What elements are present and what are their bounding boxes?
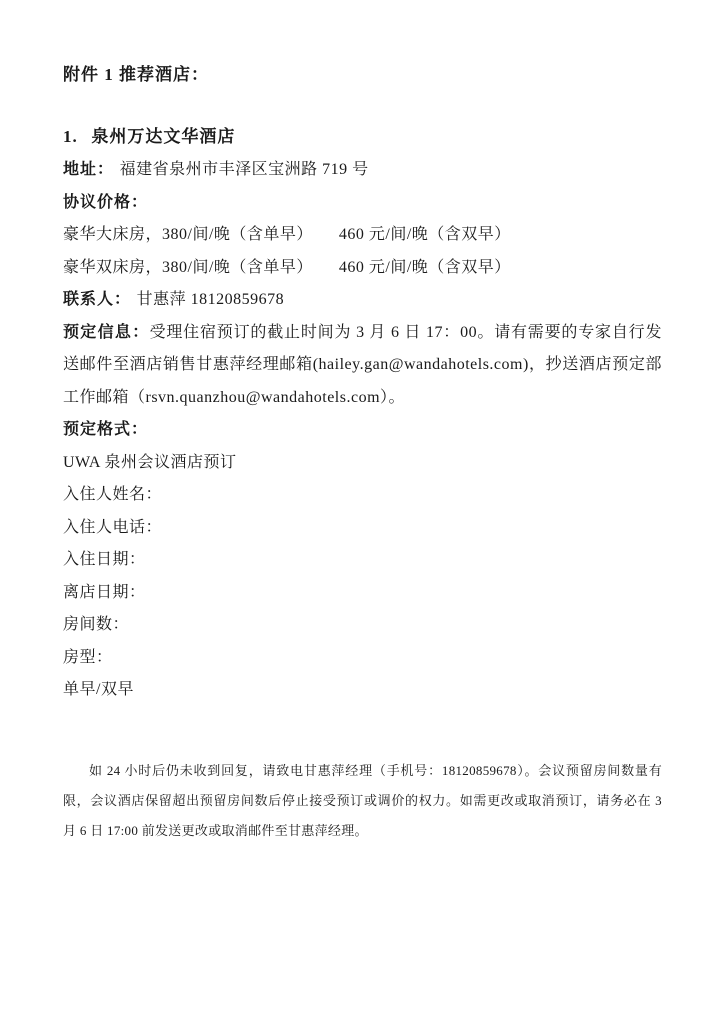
contact-line: 联系人：甘惠萍 18120859678 <box>63 284 662 317</box>
attachment-title: 附件 1 推荐酒店： <box>63 62 662 88</box>
booking-info-label: 预定信息： <box>63 324 150 341</box>
price-alt-king: 460 元/间/晚（含双早） <box>339 226 511 243</box>
price-row-king: 豪华大床房，380/间/晚（含单早）460 元/间/晚（含双早） <box>63 219 662 252</box>
address-label: 地址： <box>63 161 114 178</box>
address-line: 地址：福建省泉州市丰泽区宝洲路 719 号 <box>63 154 662 187</box>
booking-format-line-checkin-date: 入住日期： <box>63 544 662 577</box>
price-room-king: 豪华大床房，380/间/晚（含单早） <box>63 226 313 243</box>
booking-info-paragraph: 预定信息：受理住宿预订的截止时间为 3 月 6 日 17：00。请有需要的专家自… <box>63 317 662 415</box>
price-row-twin: 豪华双床房，380/间/晚（含单早）460 元/间/晚（含双早） <box>63 252 662 285</box>
document-page: 附件 1 推荐酒店： 1.泉州万达文华酒店 地址：福建省泉州市丰泽区宝洲路 71… <box>0 0 724 1024</box>
booking-format-line-checkout-date: 离店日期： <box>63 577 662 610</box>
price-label: 协议价格： <box>63 194 148 211</box>
booking-format-line-guest-name: 入住人姓名： <box>63 479 662 512</box>
price-label-line: 协议价格： <box>63 187 662 220</box>
contact-value: 甘惠萍 18120859678 <box>137 291 285 308</box>
booking-format-label-line: 预定格式： <box>63 414 662 447</box>
booking-format-line-room-count: 房间数： <box>63 609 662 642</box>
booking-format-line-breakfast: 单早/双早 <box>63 674 662 707</box>
hotel-heading-number: 1. <box>63 127 78 146</box>
footnote-paragraph: 如 24 小时后仍未收到回复，请致电甘惠萍经理（手机号：18120859678）… <box>63 756 662 846</box>
booking-info-text: 受理住宿预订的截止时间为 3 月 6 日 17：00。请有需要的专家自行发送邮件… <box>63 324 662 406</box>
price-alt-twin: 460 元/间/晚（含双早） <box>339 259 511 276</box>
hotel-heading-name: 泉州万达文华酒店 <box>91 127 235 146</box>
price-room-twin: 豪华双床房，380/间/晚（含单早） <box>63 259 313 276</box>
booking-format-line-guest-phone: 入住人电话： <box>63 512 662 545</box>
booking-format-label: 预定格式： <box>63 421 148 438</box>
booking-format-line-room-type: 房型： <box>63 642 662 675</box>
contact-label: 联系人： <box>63 291 131 308</box>
address-value: 福建省泉州市丰泽区宝洲路 719 号 <box>120 161 369 178</box>
booking-format-line-template: UWA 泉州会议酒店预订 <box>63 447 662 480</box>
hotel-heading: 1.泉州万达文华酒店 <box>63 124 662 150</box>
